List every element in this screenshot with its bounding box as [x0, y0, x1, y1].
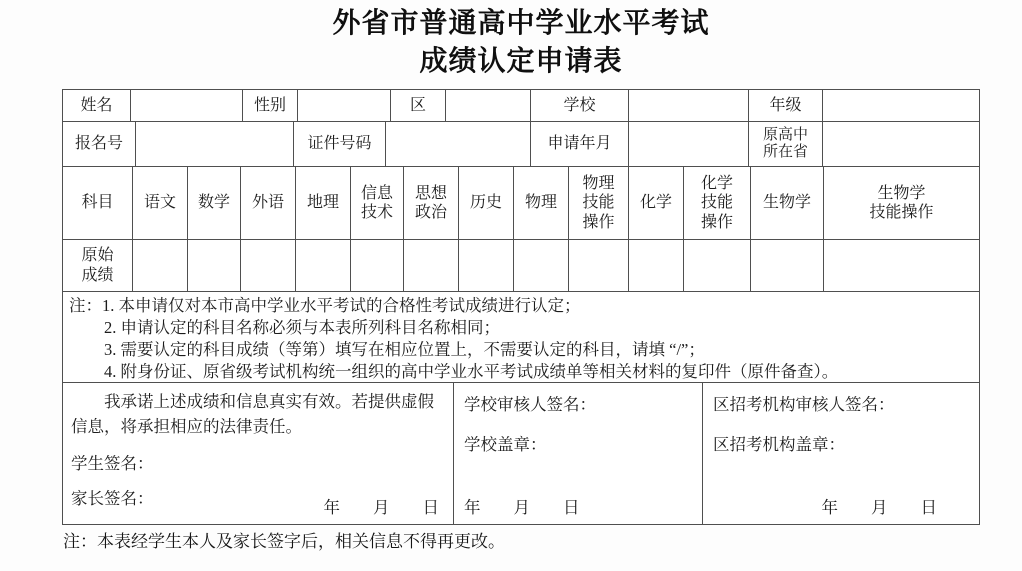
- district-value-cell: [446, 90, 531, 121]
- info-row-2: 报名号 证件号码 申请年月 原高中 所在省: [63, 122, 979, 167]
- gender-value-cell: [298, 90, 391, 121]
- notes-cell: 注：1. 本申请仅对本市高中学业水平考试的合格性考试成绩进行认定； 2. 申请认…: [63, 292, 979, 382]
- score-cell-math: [188, 240, 241, 291]
- subject-geography: 地理: [296, 167, 351, 239]
- note-prefix: 注：: [69, 296, 102, 315]
- district-date-label: 年 月 日: [822, 498, 938, 518]
- note-item-1: 注：1. 本申请仅对本市高中学业水平考试的合格性考试成绩进行认定；: [69, 295, 971, 317]
- gender-label: 性别: [243, 90, 298, 121]
- scanned-form-page: 外省市普通高中学业水平考试 成绩认定申请表 姓名 性别 区 学校 年级 报名号 …: [0, 0, 1022, 571]
- district-reviewer-sign-label: 区招考机构审核人签名：: [713, 395, 979, 415]
- school-reviewer-sign-label: 学校审核人签名：: [464, 395, 702, 415]
- name-value-cell: [131, 90, 243, 121]
- grade-label: 年级: [749, 90, 823, 121]
- form-title-line2: 成绩认定申请表: [62, 43, 980, 81]
- info-row-1: 姓名 性别 区 学校 年级: [63, 90, 979, 122]
- student-pledge: 我承诺上述成绩和信息真实有效。若提供虚假信息，将承担相应的法律责任。: [63, 383, 453, 439]
- notes-row: 注：1. 本申请仅对本市高中学业水平考试的合格性考试成绩进行认定； 2. 申请认…: [63, 292, 979, 383]
- score-cell-history: [459, 240, 514, 291]
- subject-politics: 思想 政治: [404, 167, 459, 239]
- subject-history: 历史: [459, 167, 514, 239]
- grade-value-cell: [823, 90, 979, 121]
- subject-chemistry: 化学: [629, 167, 684, 239]
- id-no-value-cell: [386, 122, 531, 166]
- id-no-label: 证件号码: [294, 122, 386, 166]
- student-date-label: 年 月 日: [324, 498, 440, 518]
- name-label: 姓名: [63, 90, 131, 121]
- score-cell-physics: [514, 240, 569, 291]
- score-cell-biology: [751, 240, 824, 291]
- apply-month-value-cell: [629, 122, 749, 166]
- score-cell-it: [351, 240, 404, 291]
- note-item-2: 2. 申请认定的科目名称必须与本表所列科目名称相同；: [104, 317, 971, 339]
- subject-physics-skill: 物理 技能 操作: [569, 167, 629, 239]
- school-review-cell: 学校审核人签名： 学校盖章： 年 月 日: [454, 383, 703, 524]
- scores-row: 原始 成绩: [63, 240, 979, 292]
- signatures-row: 我承诺上述成绩和信息真实有效。若提供虚假信息，将承担相应的法律责任。 学生签名：…: [63, 383, 979, 524]
- subject-foreign-lang: 外语: [241, 167, 296, 239]
- student-signature-cell: 我承诺上述成绩和信息真实有效。若提供虚假信息，将承担相应的法律责任。 学生签名：…: [63, 383, 454, 524]
- orig-province-label: 原高中 所在省: [749, 122, 823, 166]
- school-stamp-label: 学校盖章：: [464, 435, 702, 455]
- score-cell-foreign-lang: [241, 240, 296, 291]
- note-item-4: 4. 附身份证、原省级考试机构统一组织的高中学业水平考试成绩单等相关材料的复印件…: [104, 361, 971, 382]
- subject-physics: 物理: [514, 167, 569, 239]
- subject-math: 数学: [188, 167, 241, 239]
- student-sign-label: 学生签名：: [71, 454, 453, 474]
- district-label: 区: [391, 90, 446, 121]
- school-value-cell: [629, 90, 749, 121]
- score-cell-chemistry: [629, 240, 684, 291]
- district-review-cell: 区招考机构审核人签名： 区招考机构盖章： 年 月 日: [703, 383, 979, 524]
- application-form-table: 姓名 性别 区 学校 年级 报名号 证件号码 申请年月 原高中 所在省 科目 语…: [62, 89, 980, 525]
- form-title: 外省市普通高中学业水平考试 成绩认定申请表: [62, 5, 980, 81]
- note-text-1: 1. 本申请仅对本市高中学业水平考试的合格性考试成绩进行认定；: [102, 296, 581, 315]
- footer-note: 注：本表经学生本人及家长签字后，相关信息不得再更改。: [63, 527, 505, 552]
- subject-chemistry-skill: 化学 技能 操作: [684, 167, 751, 239]
- subjects-header-label: 科目: [63, 167, 133, 239]
- orig-province-value-cell: [823, 122, 979, 166]
- score-cell-politics: [404, 240, 459, 291]
- school-label: 学校: [531, 90, 629, 121]
- score-cell-geography: [296, 240, 351, 291]
- score-cell-physics-skill: [569, 240, 629, 291]
- form-title-line1: 外省市普通高中学业水平考试: [62, 5, 980, 43]
- school-date-label: 年 月 日: [464, 498, 580, 518]
- district-stamp-label: 区招考机构盖章：: [713, 435, 979, 455]
- score-cell-chinese: [133, 240, 188, 291]
- subjects-header-row: 科目 语文 数学 外语 地理 信息 技术 思想 政治 历史 物理 物理 技能 操…: [63, 167, 979, 240]
- apply-month-label: 申请年月: [531, 122, 629, 166]
- note-item-3: 3. 需要认定的科目成绩（等第）填写在相应位置上，不需要认定的科目，请填 “/”…: [104, 339, 971, 361]
- reg-no-value-cell: [136, 122, 294, 166]
- subject-it: 信息 技术: [351, 167, 404, 239]
- subject-chinese: 语文: [133, 167, 188, 239]
- reg-no-label: 报名号: [63, 122, 136, 166]
- subject-biology-skill: 生物学 技能操作: [824, 167, 979, 239]
- subject-biology: 生物学: [751, 167, 824, 239]
- score-cell-chemistry-skill: [684, 240, 751, 291]
- score-cell-biology-skill: [824, 240, 979, 291]
- scores-row-label: 原始 成绩: [63, 240, 133, 291]
